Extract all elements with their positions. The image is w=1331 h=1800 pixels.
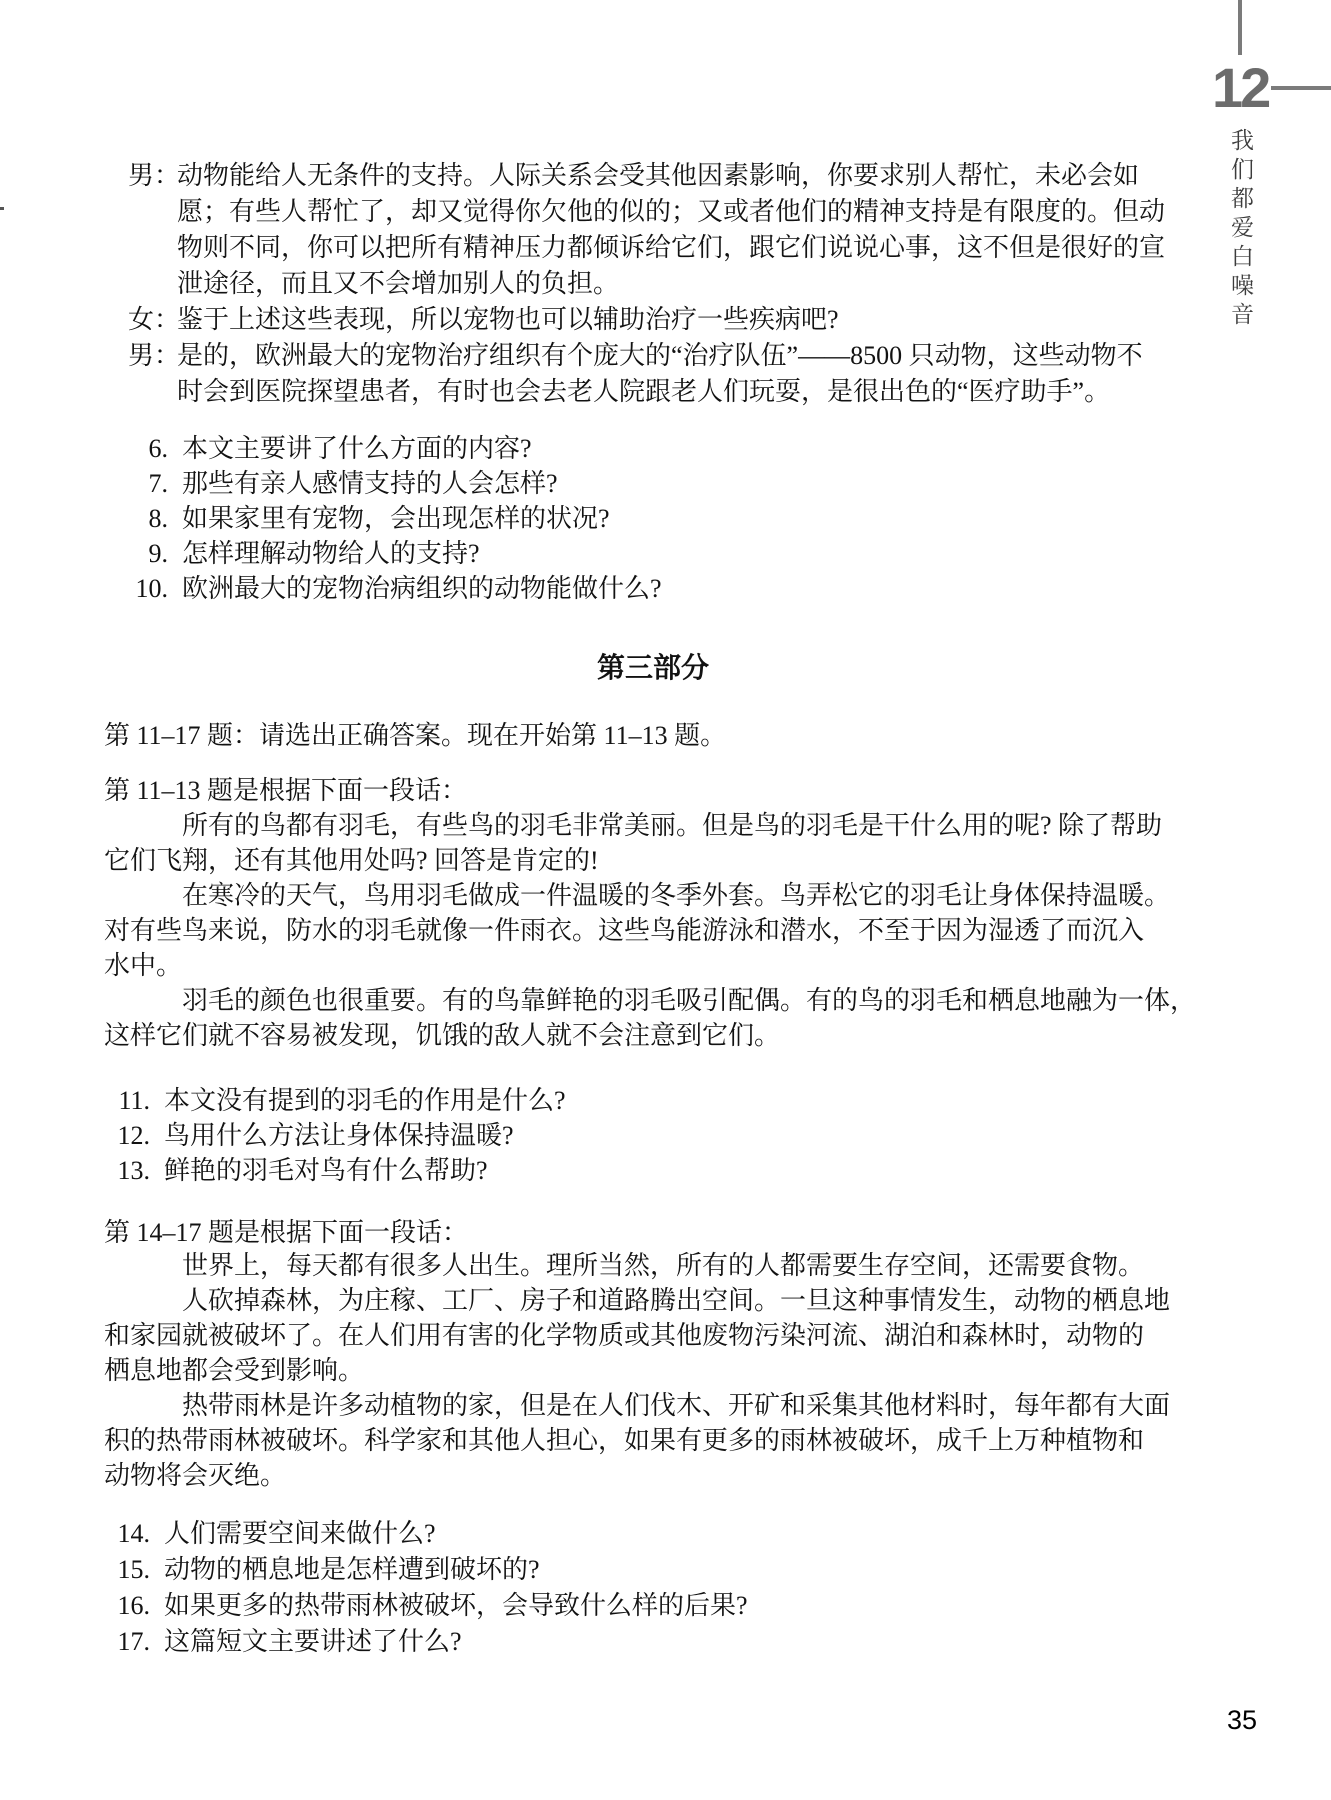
passage-line: 动物将会灭绝。 [104,1458,1179,1493]
question-number: 9. [118,536,168,571]
section-heading: 第三部分 [597,651,709,686]
question-number: 17. [100,1624,150,1660]
question-list-11-13: 11.本文没有提到的羽毛的作用是什么? 12.鸟用什么方法让身体保持温暖? 13… [100,1083,566,1188]
passage-line: 世界上，每天都有很多人出生。理所当然，所有的人都需要生存空间，还需要食物。 [104,1248,1179,1283]
question-number: 11. [100,1083,150,1118]
passage-line: 积的热带雨林被破坏。科学家和其他人担心，如果有更多的雨林被破坏，成千上万种植物和 [104,1423,1179,1458]
dialogue-text: 泄途径，而且又不会增加别人的负担。 [177,269,619,298]
question-text: 本文主要讲了什么方面的内容? [182,431,532,466]
question-item: 16.如果更多的热带雨林被破坏，会导致什么样的后果? [100,1588,748,1624]
question-item: 12.鸟用什么方法让身体保持温暖? [100,1118,566,1153]
passage-line: 对有些鸟来说，防水的羽毛就像一件雨衣。这些鸟能游泳和潜水，不至于因为湿透了而沉入 [104,913,1179,948]
dialogue-line: 愿；有些人帮忙了，却又觉得你欠他的似的；又或者他们的精神支持是有限度的。但动 [128,194,1188,230]
question-number: 13. [100,1153,150,1188]
passage1: 所有的鸟都有羽毛，有些鸟的羽毛非常美丽。但是鸟的羽毛是干什么用的呢? 除了帮助 … [104,808,1179,1053]
question-item: 7.那些有亲人感情支持的人会怎样? [118,466,662,501]
passage-line: 在寒冷的天气，鸟用羽毛做成一件温暖的冬季外套。鸟弄松它的羽毛让身体保持温暖。 [104,878,1179,913]
dialogue-text: 时会到医院探望患者，有时也会去老人院跟老人们玩耍，是很出色的“医疗助手”。 [177,377,1110,406]
question-item: 15.动物的栖息地是怎样遭到破坏的? [100,1552,748,1588]
textbook-page: 12 我们都爱白噪音 男：动物能给人无条件的支持。人际关系会受其他因素影响，你要… [0,0,1331,1800]
dialogue-line: 男：动物能给人无条件的支持。人际关系会受其他因素影响，你要求别人帮忙，未必会如 [128,158,1188,194]
question-text: 如果家里有宠物，会出现怎样的状况? [182,501,610,536]
question-number: 15. [100,1552,150,1588]
passage-line: 所有的鸟都有羽毛，有些鸟的羽毛非常美丽。但是鸟的羽毛是干什么用的呢? 除了帮助 [104,808,1179,843]
passage-line: 这样它们就不容易被发现，饥饿的敌人就不会注意到它们。 [104,1018,1179,1053]
dialogue-text: 是的，欧洲最大的宠物治疗组织有个庞大的“治疗队伍”——8500 只动物，这些动物… [177,341,1143,370]
passage1-intro: 第 11–13 题是根据下面一段话： [104,773,467,808]
question-number: 7. [118,466,168,501]
dialogue-text: 愿；有些人帮忙了，却又觉得你欠他的似的；又或者他们的精神支持是有限度的。但动 [177,197,1165,226]
passage-line: 水中。 [104,948,1179,983]
chapter-rule-vertical [1238,0,1242,55]
question-list-6-10: 6.本文主要讲了什么方面的内容? 7.那些有亲人感情支持的人会怎样? 8.如果家… [118,431,662,606]
passage2-intro: 第 14–17 题是根据下面一段话： [104,1215,468,1250]
question-text: 鲜艳的羽毛对鸟有什么帮助? [164,1153,488,1188]
dialogue-line: 时会到医院探望患者，有时也会去老人院跟老人们玩耍，是很出色的“医疗助手”。 [128,374,1188,410]
question-item: 13.鲜艳的羽毛对鸟有什么帮助? [100,1153,566,1188]
dialogue-transcript: 男：动物能给人无条件的支持。人际关系会受其他因素影响，你要求别人帮忙，未必会如 … [128,158,1188,410]
question-number: 16. [100,1588,150,1624]
passage-line: 栖息地都会受到影响。 [104,1353,1179,1388]
passage-line: 热带雨林是许多动植物的家，但是在人们伐木、开矿和采集其他材料时，每年都有大面 [104,1388,1179,1423]
question-number: 10. [118,571,168,606]
question-list-14-17: 14.人们需要空间来做什么? 15.动物的栖息地是怎样遭到破坏的? 16.如果更… [100,1516,748,1660]
chapter-number: 12 [1212,60,1268,116]
question-item: 10.欧洲最大的宠物治病组织的动物能做什么? [118,571,662,606]
chapter-title-vertical: 我们都爱白噪音 [1226,128,1256,331]
chapter-rule-horizontal [1271,86,1331,90]
question-text: 如果更多的热带雨林被破坏，会导致什么样的后果? [164,1588,748,1624]
question-text: 欧洲最大的宠物治病组织的动物能做什么? [182,571,662,606]
question-text: 这篇短文主要讲述了什么? [164,1624,462,1660]
section-instructions: 第 11–17 题：请选出正确答案。现在开始第 11–13 题。 [104,718,726,753]
question-text: 那些有亲人感情支持的人会怎样? [182,466,558,501]
question-item: 14.人们需要空间来做什么? [100,1516,748,1552]
passage-line: 人砍掉森林，为庄稼、工厂、房子和道路腾出空间。一旦这种事情发生，动物的栖息地 [104,1283,1179,1318]
question-number: 8. [118,501,168,536]
question-text: 怎样理解动物给人的支持? [182,536,480,571]
speaker-label: 男： [128,158,177,194]
dialogue-line: 女：鉴于上述这些表现，所以宠物也可以辅助治疗一些疾病吧? [128,302,1188,338]
question-item: 8.如果家里有宠物，会出现怎样的状况? [118,501,662,536]
passage-line: 和家园就被破坏了。在人们用有害的化学物质或其他废物污染河流、湖泊和森林时，动物的 [104,1318,1179,1353]
question-text: 鸟用什么方法让身体保持温暖? [164,1118,514,1153]
passage2: 世界上，每天都有很多人出生。理所当然，所有的人都需要生存空间，还需要食物。 人砍… [104,1248,1179,1493]
question-text: 人们需要空间来做什么? [164,1516,436,1552]
speaker-label: 男： [128,338,177,374]
question-item: 17.这篇短文主要讲述了什么? [100,1624,748,1660]
question-item: 6.本文主要讲了什么方面的内容? [118,431,662,466]
dialogue-text: 物则不同，你可以把所有精神压力都倾诉给它们，跟它们说说心事，这不但是很好的宣 [177,233,1165,262]
question-number: 6. [118,431,168,466]
question-number: 14. [100,1516,150,1552]
dialogue-line: 泄途径，而且又不会增加别人的负担。 [128,266,1188,302]
passage-line: 它们飞翔，还有其他用处吗? 回答是肯定的! [104,843,1179,878]
question-item: 9.怎样理解动物给人的支持? [118,536,662,571]
dialogue-line: 男：是的，欧洲最大的宠物治疗组织有个庞大的“治疗队伍”——8500 只动物，这些… [128,338,1188,374]
question-item: 11.本文没有提到的羽毛的作用是什么? [100,1083,566,1118]
passage-line: 羽毛的颜色也很重要。有的鸟靠鲜艳的羽毛吸引配偶。有的鸟的羽毛和栖息地融为一体， [104,983,1179,1018]
speaker-label: 女： [128,302,177,338]
question-number: 12. [100,1118,150,1153]
dialogue-line: 物则不同，你可以把所有精神压力都倾诉给它们，跟它们说说心事，这不但是很好的宣 [128,230,1188,266]
dialogue-text: 动物能给人无条件的支持。人际关系会受其他因素影响，你要求别人帮忙，未必会如 [177,161,1139,190]
page-edge-mark [0,207,4,210]
dialogue-text: 鉴于上述这些表现，所以宠物也可以辅助治疗一些疾病吧? [177,305,839,334]
question-text: 本文没有提到的羽毛的作用是什么? [164,1083,566,1118]
question-text: 动物的栖息地是怎样遭到破坏的? [164,1552,540,1588]
page-number: 35 [1227,1704,1257,1736]
